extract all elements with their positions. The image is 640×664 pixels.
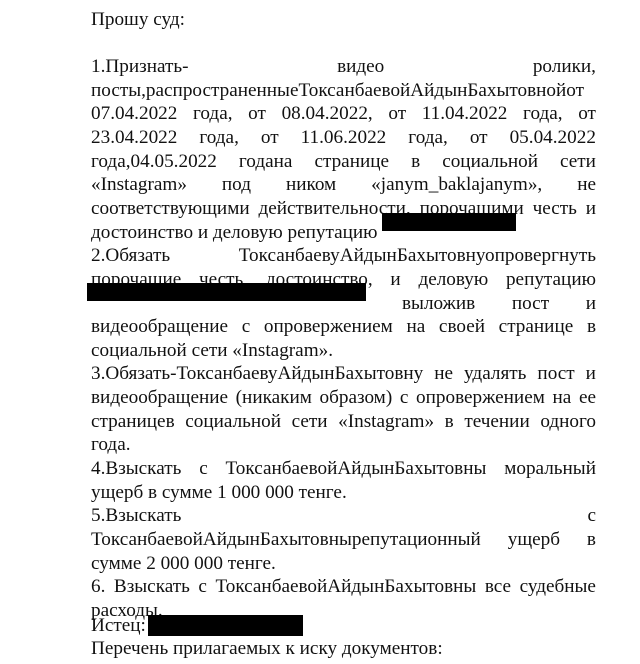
document-word: на bbox=[553, 386, 572, 410]
document-word: образом) bbox=[320, 386, 393, 410]
document-word: 6. bbox=[91, 575, 105, 599]
document-word: Взыскать bbox=[114, 575, 190, 599]
document-word: сети bbox=[560, 150, 596, 174]
document-word: 11.06.2022 bbox=[301, 126, 387, 150]
document-word: 3.Обязать-ТоксанбаевуАйдынБахытовну bbox=[91, 362, 423, 386]
document-word: «janym_baklajanym», bbox=[371, 173, 542, 197]
document-word: социальной сети «Instagram». bbox=[91, 340, 333, 361]
document-word: странице bbox=[499, 315, 574, 339]
document-word: года, bbox=[523, 102, 563, 126]
document-line: страницевсоциальнойсети«Instagram»втечен… bbox=[91, 410, 596, 434]
document-word: и bbox=[390, 268, 400, 292]
document-word: пост bbox=[537, 362, 574, 386]
document-word: ТоксанбаевойАйдынБахытовны bbox=[215, 575, 476, 599]
document-word: от bbox=[470, 126, 488, 150]
document-line: года,04.05.2022годанастраницевсоциальной… bbox=[91, 150, 596, 174]
document-line: 23.04.2022года,от11.06.2022года,от05.04.… bbox=[91, 126, 596, 150]
document-word: не bbox=[434, 362, 453, 386]
document-word: ее bbox=[579, 386, 596, 410]
document-word: странице bbox=[314, 150, 389, 174]
document-word: «Instagram» bbox=[338, 410, 434, 434]
document-word: 05.04.2022 bbox=[510, 126, 596, 150]
document-word: и bbox=[586, 362, 596, 386]
document-word: достоинство и деловую репутацию bbox=[91, 222, 377, 243]
document-word: социальной bbox=[185, 410, 281, 434]
document-line: выложивпости bbox=[366, 292, 596, 316]
document-word: страницев bbox=[91, 410, 175, 434]
document-word: 4.Взыскать bbox=[91, 457, 181, 481]
document-word: от bbox=[248, 102, 266, 126]
document-word: от bbox=[388, 102, 406, 126]
document-word: не bbox=[577, 173, 596, 197]
document-word: опровержением bbox=[264, 315, 393, 339]
document-word: с bbox=[198, 575, 207, 599]
document-word: в bbox=[587, 315, 596, 339]
document-word: 23.04.2022 bbox=[91, 126, 177, 150]
document-word: на bbox=[406, 315, 425, 339]
document-word: видео bbox=[337, 55, 384, 79]
document-word: социальной bbox=[442, 150, 538, 174]
document-word: моральный bbox=[504, 457, 596, 481]
document-line: сумме 2 000 000 тенге. bbox=[91, 552, 596, 576]
document-word: ТоксанбаевойАйдынБахытовны bbox=[226, 457, 487, 481]
document-line: 5.Взыскатьс bbox=[91, 504, 596, 528]
document-word: с bbox=[400, 386, 409, 410]
document-line: года. bbox=[91, 433, 596, 457]
document-line: соответствующимидействительности,порочащ… bbox=[91, 197, 596, 221]
document-line: 6.ВзыскатьсТоксанбаевойАйдынБахытовнывсе… bbox=[91, 575, 596, 599]
document-word: все bbox=[485, 575, 511, 599]
document-line: 4.ВзыскатьсТоксанбаевойАйдынБахытовнымор… bbox=[91, 457, 596, 481]
document-word: деловую bbox=[418, 268, 488, 292]
document-line: 07.04.2022года,от08.04.2022,от11.04.2022… bbox=[91, 102, 596, 126]
document-word: 1.Признать- bbox=[91, 55, 189, 79]
document-word: ТоксанбаевуАйдынБахытовнуопровергнуть bbox=[239, 244, 596, 268]
document-word: от bbox=[578, 102, 596, 126]
document-word: опровержением bbox=[416, 386, 545, 410]
document-word: года, bbox=[408, 126, 448, 150]
document-word: и bbox=[586, 292, 596, 316]
document-word: 2.Обязать bbox=[91, 244, 170, 268]
document-word: под bbox=[222, 173, 251, 197]
document-word: в bbox=[587, 528, 596, 552]
document-heading: Прошу суд: bbox=[91, 8, 596, 32]
document-word: ТоксанбаевойАйдынБахытовнырепутационный bbox=[91, 528, 481, 552]
document-line: социальной сети «Instagram». bbox=[91, 339, 596, 363]
document-line: 3.Обязать-ТоксанбаевуАйдынБахытовнунеуда… bbox=[91, 362, 596, 386]
document-word: с bbox=[587, 504, 596, 528]
document-word: одного bbox=[540, 410, 596, 434]
document-word: с bbox=[242, 315, 251, 339]
document-word: удалять bbox=[464, 362, 526, 386]
redaction-box bbox=[148, 615, 303, 636]
document-word: сумме 2 000 000 тенге. bbox=[91, 553, 276, 574]
document-word: 08.04.2022, bbox=[282, 102, 373, 126]
document-word: года, bbox=[199, 126, 239, 150]
document-line: ТоксанбаевойАйдынБахытовнырепутационныйу… bbox=[91, 528, 596, 552]
document-word: в bbox=[445, 410, 454, 434]
document-word: ущерб bbox=[508, 528, 560, 552]
redaction-box bbox=[87, 283, 366, 301]
document-word: ником bbox=[286, 173, 336, 197]
document-word: 11.04.2022 bbox=[422, 102, 508, 126]
document-word: видеообращение bbox=[91, 386, 228, 410]
document-line: 2.ОбязатьТоксанбаевуАйдынБахытовнуопрове… bbox=[91, 244, 596, 268]
document-word: репутацию bbox=[506, 268, 596, 292]
document-word: в bbox=[411, 150, 420, 174]
document-line: достоинство и деловую репутацию bbox=[91, 221, 596, 245]
document-word: течении bbox=[464, 410, 529, 434]
document-page: Прошу суд: 1.Признать-видеоролики,посты,… bbox=[0, 0, 640, 664]
document-word: ущерб в сумме 1 000 000 тенге. bbox=[91, 482, 347, 503]
document-line: 1.Признать-видеоролики, bbox=[91, 55, 596, 79]
document-word: года,04.05.2022 bbox=[91, 150, 217, 174]
document-line: посты,распространенныеТоксанбаевойАйдынБ… bbox=[91, 79, 596, 103]
document-word: судебные bbox=[520, 575, 596, 599]
document-line: видеообращение(никакимобразом)сопроверже… bbox=[91, 386, 596, 410]
document-word: ролики, bbox=[533, 55, 596, 79]
redaction-box bbox=[382, 213, 516, 231]
document-word: выложив bbox=[402, 292, 475, 316]
document-word: соответствующими bbox=[91, 197, 250, 221]
document-word: своей bbox=[439, 315, 485, 339]
document-word: видеообращение bbox=[91, 315, 228, 339]
document-word: посты,распространенныеТоксанбаевойАйдынБ… bbox=[91, 80, 584, 101]
document-word: «Instagram» bbox=[91, 173, 187, 197]
document-word: 07.04.2022 bbox=[91, 102, 177, 126]
document-word: честь bbox=[533, 197, 577, 221]
document-line: ущерб в сумме 1 000 000 тенге. bbox=[91, 481, 596, 505]
document-word: сети bbox=[292, 410, 328, 434]
attachments-label: Перечень прилагаемых к иску документов: bbox=[91, 637, 596, 661]
document-word: пост bbox=[512, 292, 549, 316]
document-word: (никаким bbox=[236, 386, 312, 410]
document-word: с bbox=[199, 457, 208, 481]
document-word: 5.Взыскать bbox=[91, 504, 181, 528]
document-word: и bbox=[586, 197, 596, 221]
document-word: от bbox=[261, 126, 279, 150]
document-line: видеообращениесопровержениемнасвоейстран… bbox=[91, 315, 596, 339]
document-word: года, bbox=[193, 102, 233, 126]
document-word: года. bbox=[91, 434, 131, 455]
document-line: «Instagram»подником«janym_baklajanym»,не bbox=[91, 173, 596, 197]
document-word: годана bbox=[239, 150, 293, 174]
